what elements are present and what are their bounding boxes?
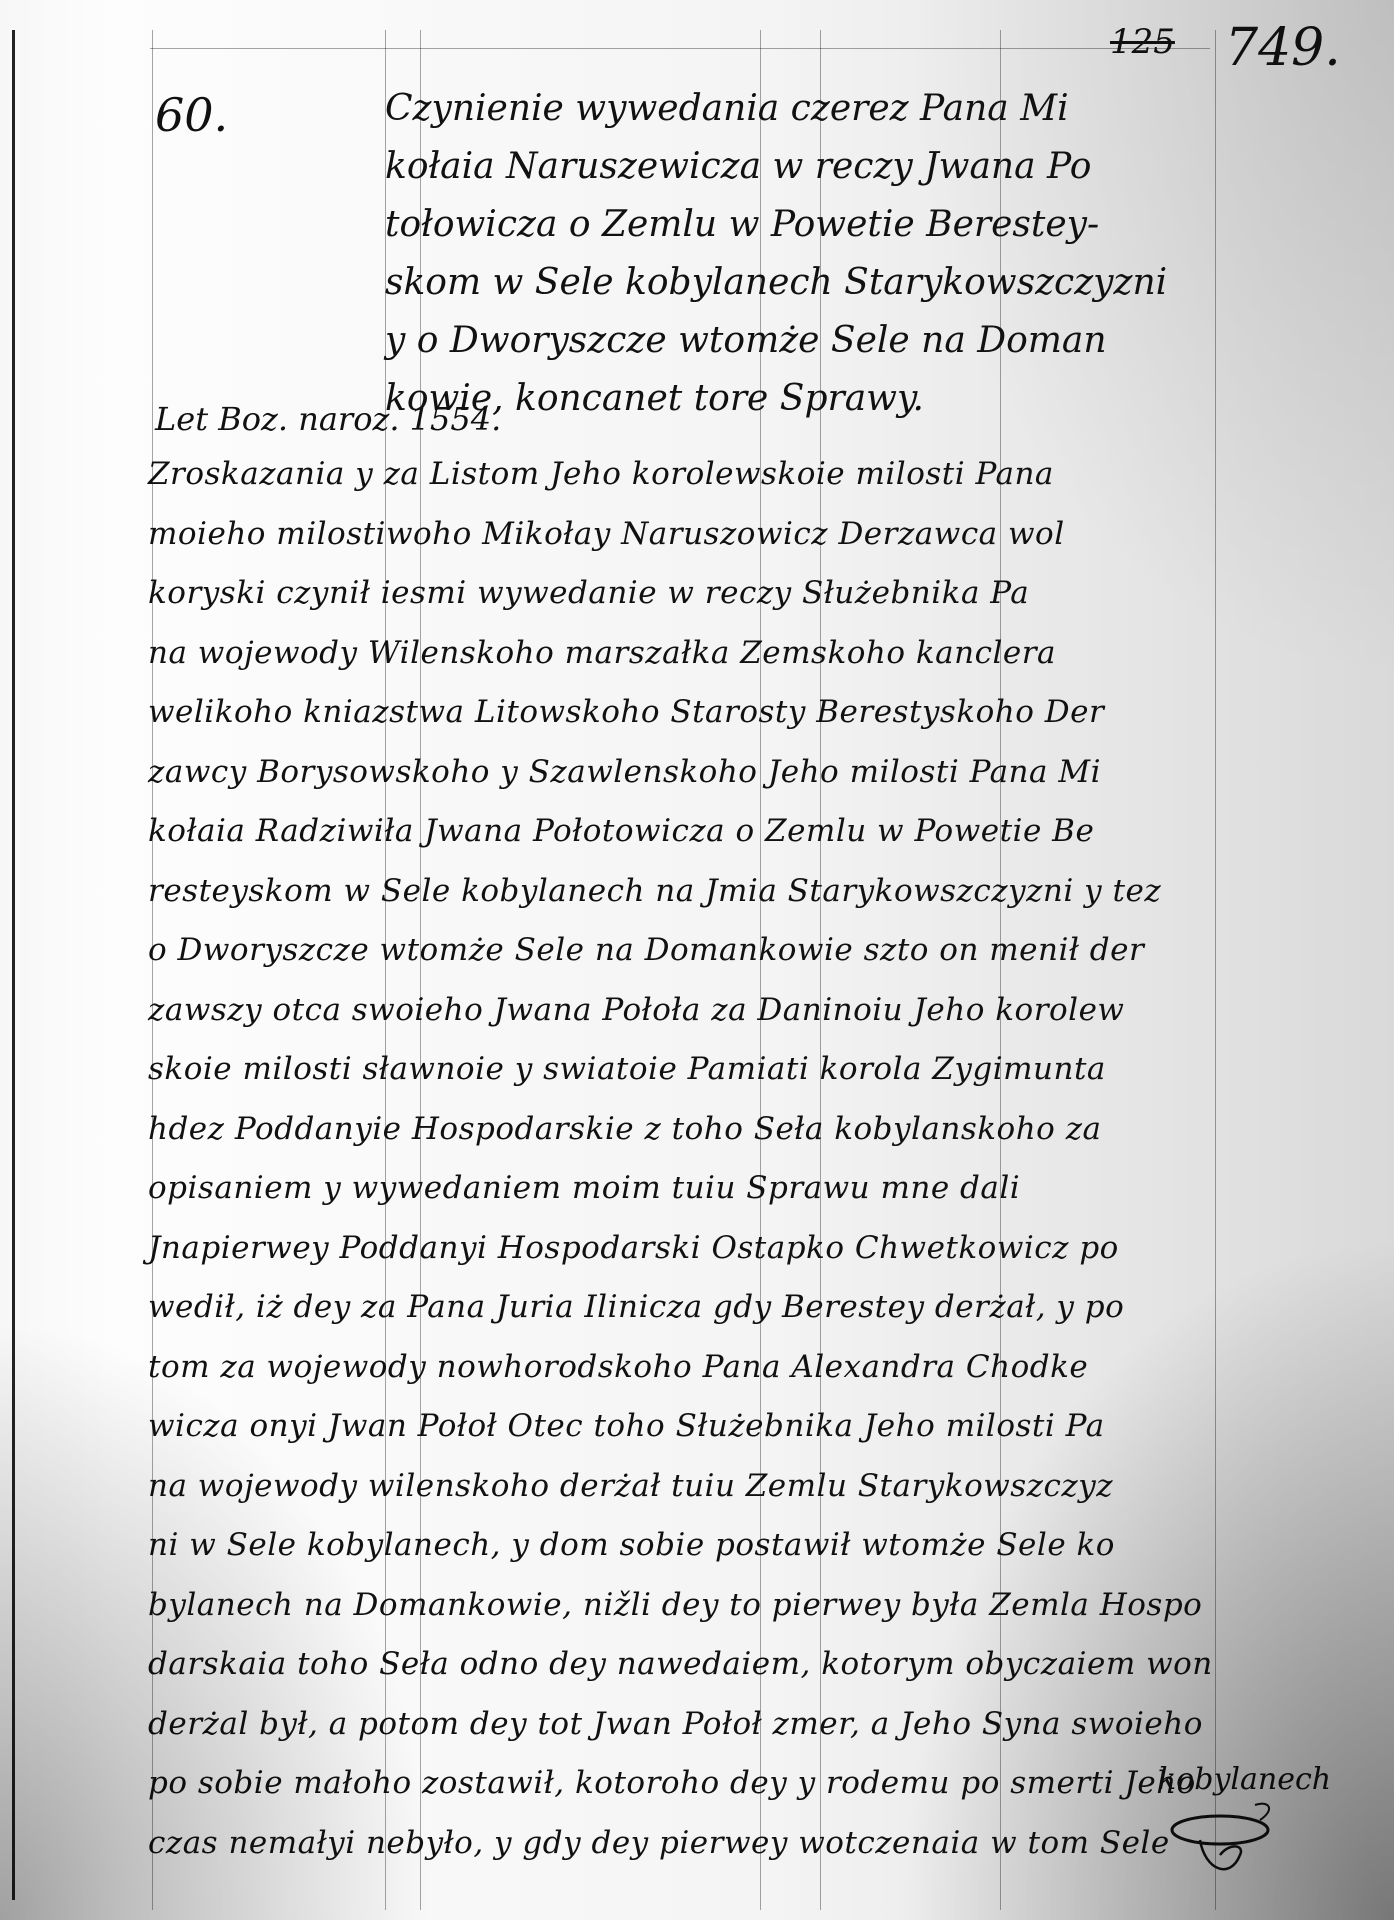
title-line: skom w Sele kobylanech Starykowszczyzni [385,254,1215,312]
page-border [12,30,15,1900]
paraph-flourish-icon [1160,1800,1280,1890]
date-line: Let Boz. naroz. 1554. [155,400,501,438]
body-line: derżal był, a potom dey tot Jwan Połoł z… [148,1695,1228,1755]
body-line: moieho milostiwoho Mikołay Naruszowicz D… [148,505,1228,565]
body-line: resteyskom w Sele kobylanech na Jmia Sta… [148,862,1228,922]
body-line: skoie milosti sławnoie y swiatoie Pamiat… [148,1040,1228,1100]
body-line: Zroskazania y za Listom Jeho korolewskoi… [148,445,1228,505]
body-line: wedił, iż dey za Pana Juria Iliniczа gdy… [148,1278,1228,1338]
body-line: na wojewody wilenskoho derżał tuiu Zemlu… [148,1457,1228,1517]
body-text: Zroskazania y za Listom Jeho korolewskoi… [148,445,1228,1873]
body-line: welikoho kniazstwa Litowskoho Starosty B… [148,683,1228,743]
body-line: na wojewody Wilenskoho marszałka Zemskoh… [148,624,1228,684]
entry-number: 60. [155,88,228,142]
body-line: opisaniem y wywedaniem moim tuiu Sprawu … [148,1159,1228,1219]
title-line: Czynienie wywedania czerez Pana Mi [385,80,1215,138]
catchword: kobylanech [1158,1762,1331,1797]
document-page: 125 749. 60. Czynienie wywedania czerez … [0,0,1394,1920]
body-line: tom za wojewody nowhorodskoho Pana Alexa… [148,1338,1228,1398]
entry-title: Czynienie wywedania czerez Pana Mi kołai… [385,80,1215,428]
title-line: kołaia Naruszewicza w reczy Jwana Po [385,138,1215,196]
body-line: czas nemałyi nebyło, y gdy dey pierwey w… [148,1814,1228,1874]
body-line: ni w Sele kobylanech, y dom sobie postaw… [148,1516,1228,1576]
body-line: bylanech na Domankowie, nižli dey to pie… [148,1576,1228,1636]
body-line: kołaia Radziwiła Jwana Połotowicza o Zem… [148,802,1228,862]
body-line: po sobie małoho zostawił, kotoroho dey y… [148,1754,1228,1814]
struck-folio-number: 125 [1110,22,1175,62]
title-line: kowie, koncanet tore Sprawy. [385,370,1215,428]
body-line: Jnapierwey Poddanyi Hospodarski Ostapko … [148,1219,1228,1279]
title-line: tołowicza o Zemlu w Powetie Berestey- [385,196,1215,254]
header-rule [150,48,1210,49]
body-line: hdez Poddanyie Hospodarskie z toho Seła … [148,1100,1228,1160]
body-line: o Dworyszcze wtomże Sele na Domankowie s… [148,921,1228,981]
body-line: zawcy Borysowskoho y Szawlenskoho Jeho m… [148,743,1228,803]
body-line: darskaia toho Seła odno dey nawedaiem, k… [148,1635,1228,1695]
title-line: y o Dworyszcze wtomże Sele na Doman [385,312,1215,370]
body-line: zawszy otca swoieho Jwana Połoła za Dani… [148,981,1228,1041]
folio-number: 749. [1225,18,1341,78]
body-line: koryski czynił iesmi wywedanie w reczy S… [148,564,1228,624]
body-line: wicza onyi Jwan Połoł Otec toho Służebni… [148,1397,1228,1457]
